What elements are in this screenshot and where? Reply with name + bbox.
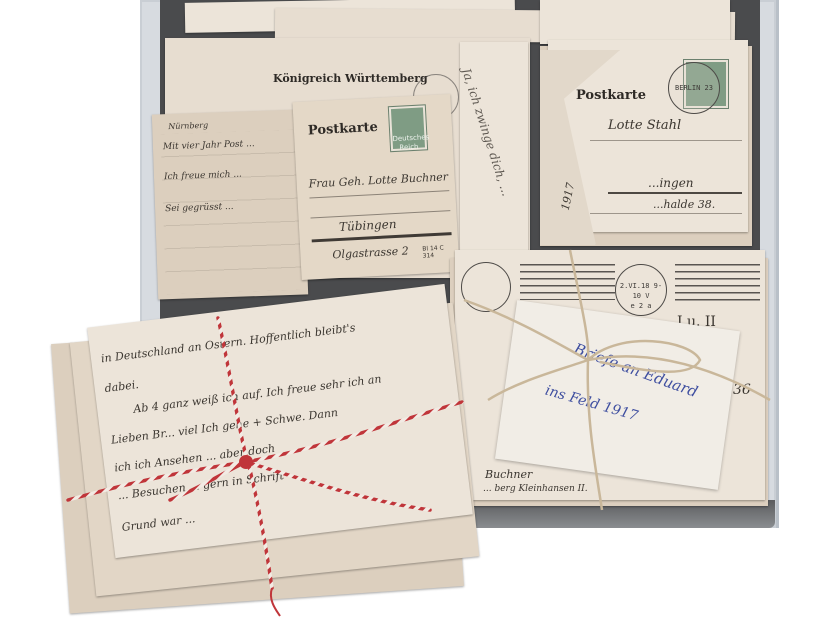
addressee: Frau Geh. Lotte Buchner [308,170,448,190]
top-letter-right [540,0,730,44]
vertical-handwriting: Ja, ich zwinge dich, ... [459,66,531,251]
stamp-green-eagle: Deutsches Reich [389,105,427,151]
letter-line-2: dabei. [104,378,140,395]
sender-address: ... berg Kleinhansen II. [483,484,588,494]
letter-line-7: Grund war ... [121,512,196,534]
postcard-left: Nürnberg Mit vier Jahr Post ... Ich freu… [152,109,308,299]
cancel-lines-left [520,264,615,300]
postmark-berlin: BERLIN 23 [668,62,720,114]
postcard-heading: Postkarte [308,120,379,139]
sender-name: Buchner [485,468,532,481]
letter-line-1: in Deutschland an Ostern. Hoffentlich bl… [100,321,356,365]
address-rule-1 [309,190,449,198]
street: Olgastrasse 2 [332,244,409,261]
fragment-36: 36 [733,382,751,398]
street: ...halde 38. [653,198,715,211]
label-line-2: ins Feld 1917 [543,383,640,425]
city: Tübingen [339,217,397,234]
slip-note: 1917 [559,181,578,211]
addressee: Lotte Stahl [608,118,681,133]
city: ...ingen [648,176,694,190]
place-header: Nürnberg [168,121,208,131]
letter-line-5: ich ich Ansehen ... aber doch [114,442,276,475]
bundle-label-card: Briefe an Eduard ins Feld 1917 [495,300,740,490]
form-code: Bl 14 C 314 [422,244,453,260]
label-line-1: Briefe an Eduard [571,340,700,402]
address-rule-bold [608,192,742,194]
address-rule-bold [312,232,452,242]
postmark-main: 2.VI.18 9-10 V e 2 a [615,264,667,316]
letter-bundle-front: in Deutschland an Ostern. Hoffentlich bl… [87,284,473,558]
postcard-heading: Postkarte [576,88,646,103]
letter-line-6: ... Besuchen ... gern in Schrift [117,469,285,502]
postcard-center: Postkarte Deutsches Reich Frau Geh. Lott… [292,94,459,280]
printed-header: Königreich Württemberg [273,72,428,85]
cancel-lines-right [675,264,760,304]
letter-line-3: Ab 4 ganz weiß ich auf. Ich freue sehr i… [133,372,382,415]
letter-vertical: Ja, ich zwinge dich, ... [460,42,528,278]
postmark-left [461,262,511,312]
